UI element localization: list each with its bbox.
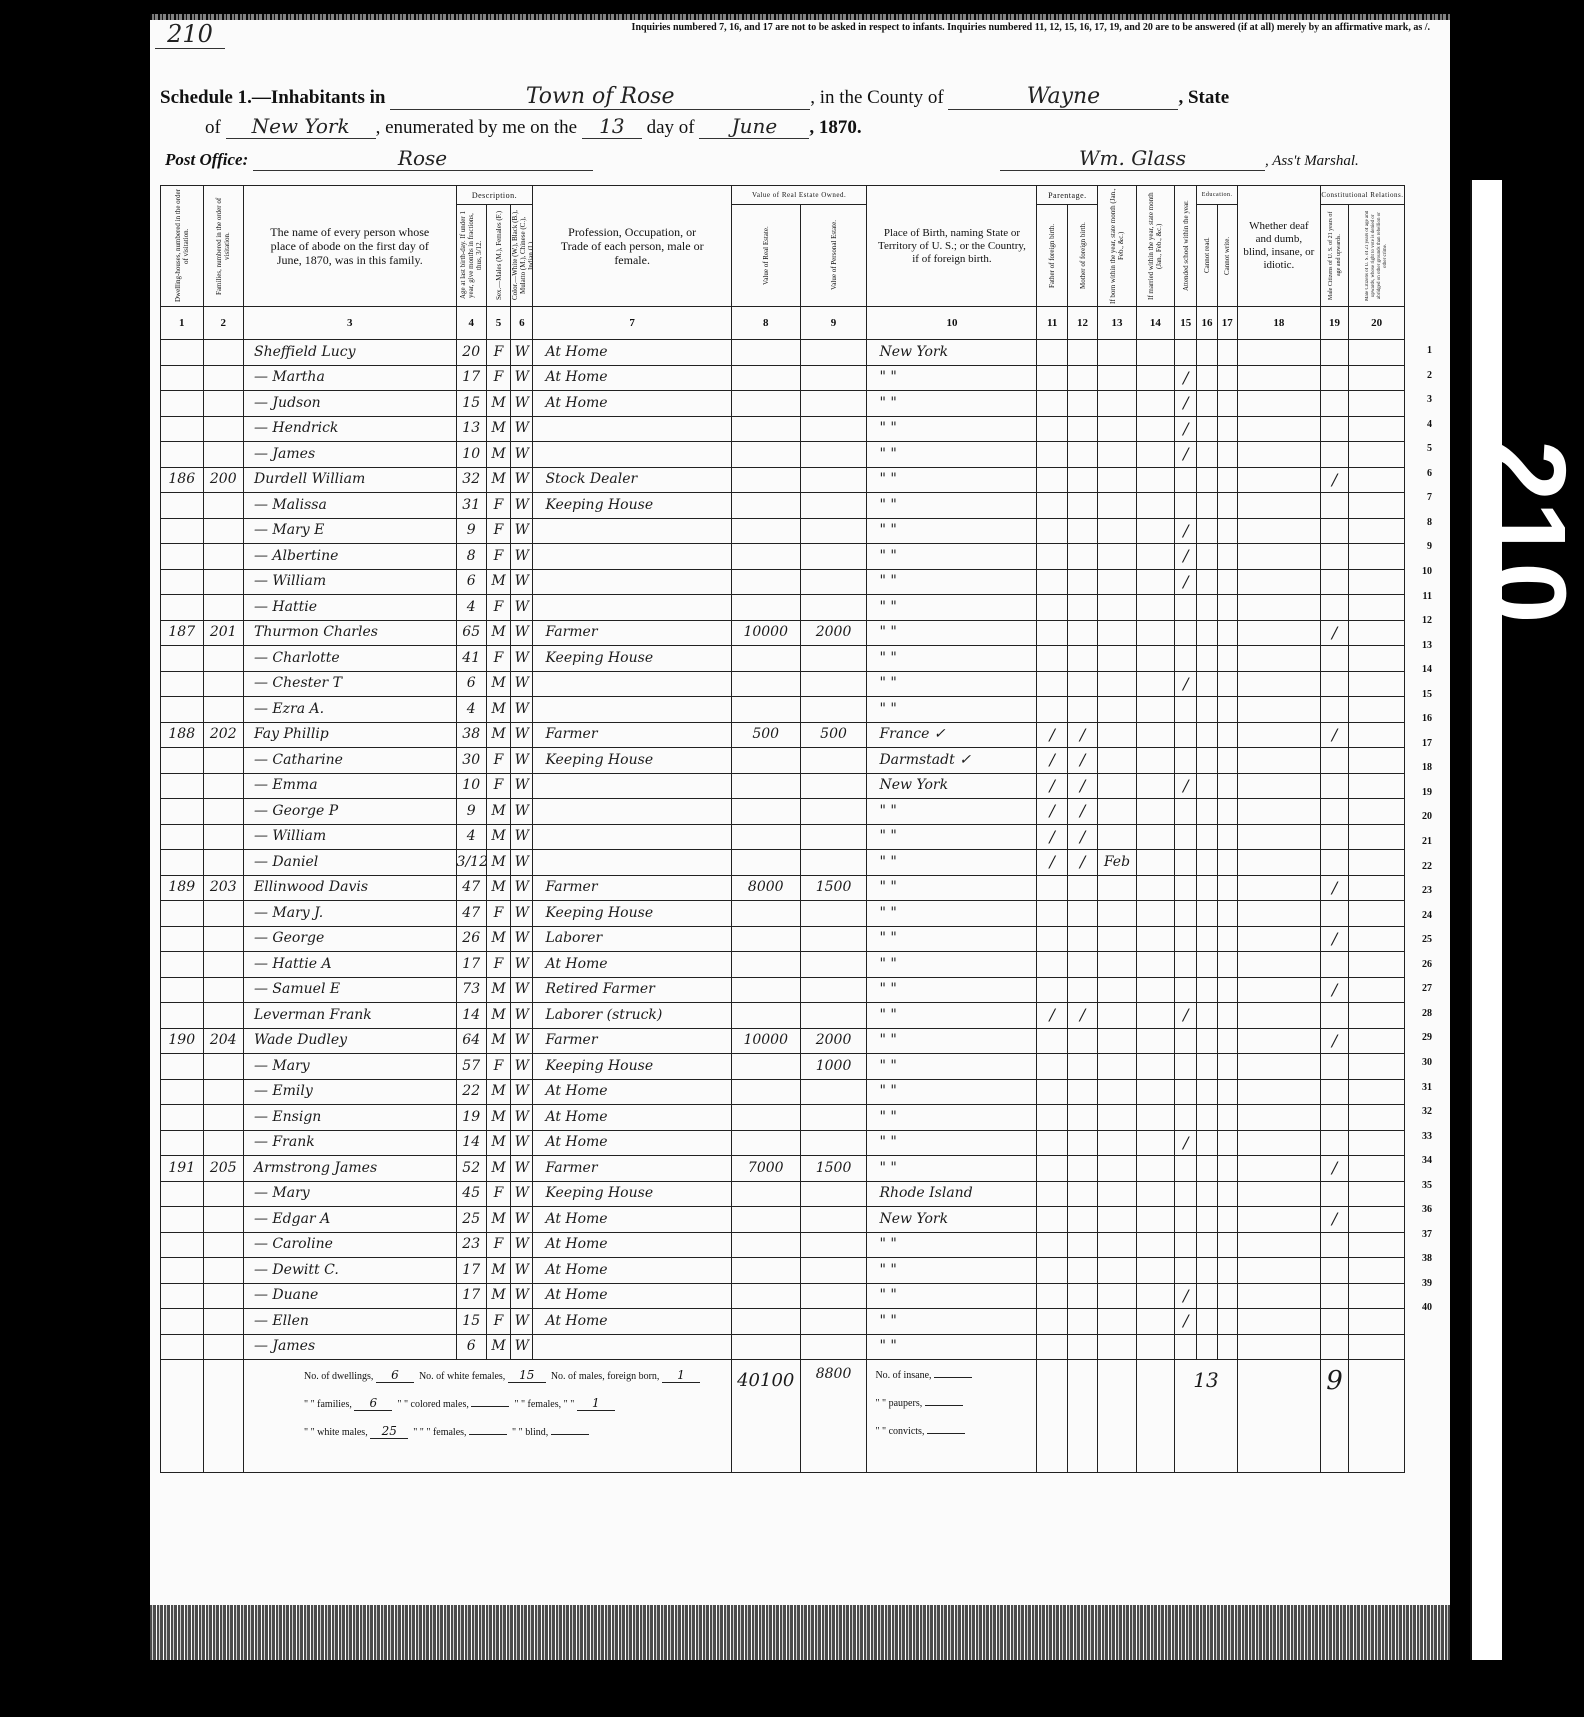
sex: M	[486, 620, 510, 646]
occupation: Farmer	[533, 1028, 731, 1054]
age: 6	[456, 671, 486, 697]
born-month	[1098, 340, 1136, 366]
col15-header: Attended school within the year.	[1175, 186, 1197, 307]
age: 9	[456, 799, 486, 825]
cannot-read	[1197, 569, 1217, 595]
cannot-write	[1217, 952, 1237, 978]
census-rows: 1Sheffield Lucy20FWAt HomeNew York2— Mar…	[161, 340, 1405, 1360]
father-foreign	[1037, 1283, 1067, 1309]
male-citizen	[1320, 901, 1348, 927]
father-foreign	[1037, 1207, 1067, 1233]
real-estate-value	[731, 773, 800, 799]
male-citizen	[1320, 1130, 1348, 1156]
table-row: 18816202Fay Phillip38MWFarmer500500Franc…	[161, 722, 1405, 748]
personal-estate-value	[800, 1232, 867, 1258]
age: 15	[456, 391, 486, 417]
vote-denied	[1349, 926, 1405, 952]
person-name: Ellinwood Davis	[243, 875, 456, 901]
married-month	[1136, 1309, 1174, 1335]
attended-school	[1175, 977, 1197, 1003]
male-citizen	[1320, 697, 1348, 723]
family-number	[203, 595, 243, 621]
cannot-read	[1197, 1232, 1217, 1258]
sex: F	[486, 365, 510, 391]
disability	[1237, 416, 1320, 442]
real-estate-value	[731, 977, 800, 1003]
column-number-12: 12	[1067, 307, 1097, 340]
occupation: At Home	[533, 1130, 731, 1156]
cannot-read	[1197, 1003, 1217, 1029]
column-number-8: 8	[731, 307, 800, 340]
male-citizen	[1320, 1181, 1348, 1207]
table-row: 30— Emily22MWAt Home" "	[161, 1079, 1405, 1105]
age: 14	[456, 1130, 486, 1156]
cannot-read	[1197, 518, 1217, 544]
family-number	[203, 1105, 243, 1131]
col6-header: Color.—White (W.), Black (B.), Mulatto (…	[511, 205, 533, 307]
personal-estate-value: 1000	[800, 1054, 867, 1080]
age: 38	[456, 722, 486, 748]
occupation	[533, 799, 731, 825]
table-row: 40— James6MW" "	[161, 1334, 1405, 1360]
table-row: 19028204Wade Dudley64MWFarmer100002000" …	[161, 1028, 1405, 1054]
place-of-birth: " "	[867, 1130, 1037, 1156]
column-number-4: 4	[456, 307, 486, 340]
mother-foreign	[1067, 391, 1097, 417]
family-number	[203, 1079, 243, 1105]
married-month	[1136, 340, 1174, 366]
father-foreign: /	[1037, 773, 1067, 799]
male-citizen	[1320, 1258, 1348, 1284]
age: 6	[456, 569, 486, 595]
father-foreign	[1037, 569, 1067, 595]
personal-estate-value	[800, 595, 867, 621]
cannot-write	[1217, 1130, 1237, 1156]
females-foreign-count: 1	[577, 1396, 615, 1411]
col4-header: Age at last birth-day. If under 1 year, …	[456, 205, 486, 307]
cannot-write	[1217, 1283, 1237, 1309]
cannot-read	[1197, 671, 1217, 697]
of-label: of	[205, 117, 221, 138]
color: W	[511, 1028, 533, 1054]
attended-school: /	[1175, 1283, 1197, 1309]
table-row: 19133205Armstrong James52MWFarmer7000150…	[161, 1156, 1405, 1182]
occupation: At Home	[533, 340, 731, 366]
mother-foreign: /	[1067, 722, 1097, 748]
col8-header: Value of Real Estate.	[731, 205, 800, 307]
occupation	[533, 569, 731, 595]
color: W	[511, 671, 533, 697]
family-number: 203	[203, 875, 243, 901]
mother-foreign	[1067, 1105, 1097, 1131]
born-month	[1098, 901, 1136, 927]
real-estate-value: 8000	[731, 875, 800, 901]
attended-school	[1175, 926, 1197, 952]
cannot-read	[1197, 595, 1217, 621]
disability	[1237, 926, 1320, 952]
personal-estate-value	[800, 365, 867, 391]
cannot-write	[1217, 671, 1237, 697]
disability	[1237, 799, 1320, 825]
age: 20	[456, 340, 486, 366]
sex: F	[486, 773, 510, 799]
sex: M	[486, 467, 510, 493]
age: 4	[456, 697, 486, 723]
vote-denied	[1349, 493, 1405, 519]
mother-foreign	[1067, 671, 1097, 697]
col14-header: If married within the year, state month …	[1136, 186, 1174, 307]
cannot-read	[1197, 1130, 1217, 1156]
personal-estate-total: 8800	[800, 1360, 867, 1473]
age: 65	[456, 620, 486, 646]
attended-school	[1175, 1028, 1197, 1054]
disability	[1237, 1309, 1320, 1335]
real-estate-value	[731, 850, 800, 876]
real-estate-value	[731, 1334, 800, 1360]
father-foreign	[1037, 1054, 1067, 1080]
attended-school	[1175, 646, 1197, 672]
color: W	[511, 697, 533, 723]
right-line-number: 7	[1410, 492, 1432, 503]
mother-foreign: /	[1067, 850, 1097, 876]
age: 31	[456, 493, 486, 519]
mother-foreign	[1067, 544, 1097, 570]
male-citizen	[1320, 799, 1348, 825]
footer-counts: No. of dwellings, 6 No. of white females…	[243, 1360, 731, 1473]
disability	[1237, 977, 1320, 1003]
cannot-write	[1217, 722, 1237, 748]
father-foreign	[1037, 416, 1067, 442]
cannot-write	[1217, 1054, 1237, 1080]
born-month	[1098, 875, 1136, 901]
cannot-write	[1217, 442, 1237, 468]
father-foreign	[1037, 671, 1067, 697]
born-month	[1098, 391, 1136, 417]
column-number-15: 15	[1175, 307, 1197, 340]
person-name: — James	[243, 1334, 456, 1360]
table-row: 26— Samuel E73MWRetired Farmer" "/	[161, 977, 1405, 1003]
male-citizen	[1320, 850, 1348, 876]
disability	[1237, 1054, 1320, 1080]
male-citizen	[1320, 1232, 1348, 1258]
age: 25	[456, 1207, 486, 1233]
color: W	[511, 340, 533, 366]
occupation: Farmer	[533, 875, 731, 901]
col3-header: The name of every person whose place of …	[243, 186, 456, 307]
place-of-birth: " "	[867, 442, 1037, 468]
family-number	[203, 1130, 243, 1156]
person-name: — Hendrick	[243, 416, 456, 442]
table-row: 19— George P9MW" "//	[161, 799, 1405, 825]
column-number-20: 20	[1349, 307, 1405, 340]
place-of-birth: " "	[867, 824, 1037, 850]
married-month	[1136, 416, 1174, 442]
right-line-number: 37	[1410, 1229, 1432, 1240]
personal-estate-value: 500	[800, 722, 867, 748]
disability	[1237, 824, 1320, 850]
cannot-write	[1217, 1181, 1237, 1207]
person-name: — Ensign	[243, 1105, 456, 1131]
personal-estate-value: 1500	[800, 1156, 867, 1182]
married-month	[1136, 1028, 1174, 1054]
mother-foreign	[1067, 467, 1097, 493]
born-month	[1098, 1207, 1136, 1233]
personal-estate-value	[800, 1258, 867, 1284]
personal-estate-value	[800, 1334, 867, 1360]
color: W	[511, 569, 533, 595]
father-foreign	[1037, 1258, 1067, 1284]
married-month	[1136, 1334, 1174, 1360]
right-line-number: 1	[1410, 345, 1432, 356]
real-estate-value	[731, 1105, 800, 1131]
right-line-number: 21	[1410, 836, 1432, 847]
age: 30	[456, 748, 486, 774]
father-foreign: /	[1037, 748, 1067, 774]
right-line-number: 29	[1410, 1032, 1432, 1043]
vote-denied	[1349, 697, 1405, 723]
age: 10	[456, 773, 486, 799]
white-males-count: 25	[370, 1424, 408, 1439]
color: W	[511, 1130, 533, 1156]
table-row: 31— Ensign19MWAt Home" "	[161, 1105, 1405, 1131]
real-estate-value	[731, 544, 800, 570]
right-line-number: 26	[1410, 959, 1432, 970]
born-month	[1098, 1181, 1136, 1207]
col19-header: Male Citizens of U. S. of 21 years of ag…	[1320, 205, 1348, 307]
male-citizen	[1320, 416, 1348, 442]
father-foreign: /	[1037, 850, 1067, 876]
male-citizen: /	[1320, 875, 1348, 901]
male-citizen	[1320, 1283, 1348, 1309]
right-line-number: 31	[1410, 1082, 1432, 1093]
right-line-number: 24	[1410, 910, 1432, 921]
cannot-write	[1217, 901, 1237, 927]
personal-estate-value	[800, 442, 867, 468]
mother-foreign	[1067, 442, 1097, 468]
personal-estate-value	[800, 1105, 867, 1131]
place-of-birth: " "	[867, 518, 1037, 544]
age: 4	[456, 824, 486, 850]
column-number-11: 11	[1037, 307, 1067, 340]
attended-school	[1175, 1079, 1197, 1105]
color: W	[511, 1156, 533, 1182]
real-estate-value	[731, 671, 800, 697]
attended-school	[1175, 901, 1197, 927]
person-name: — Albertine	[243, 544, 456, 570]
real-estate-value	[731, 569, 800, 595]
cannot-read	[1197, 977, 1217, 1003]
color: W	[511, 1105, 533, 1131]
sex: M	[486, 1079, 510, 1105]
real-estate-value	[731, 646, 800, 672]
born-month	[1098, 646, 1136, 672]
sex: M	[486, 926, 510, 952]
cannot-read	[1197, 544, 1217, 570]
person-name: — Edgar A	[243, 1207, 456, 1233]
father-foreign	[1037, 391, 1067, 417]
color: W	[511, 1334, 533, 1360]
constitutional-group-header: Constitutional Relations.	[1320, 186, 1404, 205]
dwelling-number: 35	[161, 1207, 204, 1233]
dwelling-number: 1	[161, 340, 204, 366]
occupation: Keeping House	[533, 1054, 731, 1080]
cannot-read	[1197, 1258, 1217, 1284]
married-month	[1136, 646, 1174, 672]
disability	[1237, 850, 1320, 876]
attended-school	[1175, 850, 1197, 876]
column-number-13: 13	[1098, 307, 1136, 340]
personal-estate-value	[800, 1207, 867, 1233]
cannot-write	[1217, 493, 1237, 519]
vote-denied	[1349, 442, 1405, 468]
age: 4	[456, 595, 486, 621]
person-name: — George	[243, 926, 456, 952]
born-month: Feb	[1098, 850, 1136, 876]
disability	[1237, 1181, 1320, 1207]
occupation: At Home	[533, 1207, 731, 1233]
table-row: 15— Ezra A.4MW" "	[161, 697, 1405, 723]
table-row: 35— Edgar A25MWAt HomeNew York/	[161, 1207, 1405, 1233]
vote-denied	[1349, 748, 1405, 774]
male-citizen: /	[1320, 1028, 1348, 1054]
cannot-read	[1197, 1283, 1217, 1309]
sex: F	[486, 595, 510, 621]
real-estate-value	[731, 952, 800, 978]
male-citizen	[1320, 391, 1348, 417]
colored-males-count	[471, 1406, 509, 1407]
right-line-number: 27	[1410, 983, 1432, 994]
color: W	[511, 1181, 533, 1207]
male-citizen	[1320, 646, 1348, 672]
age: 14	[456, 1003, 486, 1029]
age: 64	[456, 1028, 486, 1054]
age: 6	[456, 1334, 486, 1360]
county-label: , in the County of	[810, 87, 944, 108]
right-line-number: 3	[1410, 394, 1432, 405]
father-foreign	[1037, 1079, 1067, 1105]
father-foreign	[1037, 518, 1067, 544]
father-foreign: /	[1037, 722, 1067, 748]
state-label: , State	[1178, 87, 1229, 108]
family-number	[203, 773, 243, 799]
father-foreign	[1037, 1130, 1067, 1156]
vote-denied	[1349, 799, 1405, 825]
color: W	[511, 493, 533, 519]
right-line-number: 36	[1410, 1204, 1432, 1215]
cannot-read	[1197, 926, 1217, 952]
born-month	[1098, 1054, 1136, 1080]
mother-foreign	[1067, 1334, 1097, 1360]
occupation: Stock Dealer	[533, 467, 731, 493]
cannot-write	[1217, 518, 1237, 544]
personal-estate-value	[800, 416, 867, 442]
dwelling-number: 36	[161, 1232, 204, 1258]
male-citizen	[1320, 1105, 1348, 1131]
disability	[1237, 1105, 1320, 1131]
born-month	[1098, 748, 1136, 774]
school-total: 13	[1175, 1360, 1238, 1473]
father-foreign	[1037, 875, 1067, 901]
col13-header: If born within the year, state month (Ja…	[1098, 186, 1136, 307]
mother-foreign	[1067, 1130, 1097, 1156]
place-of-birth: " "	[867, 1156, 1037, 1182]
place-of-birth: " "	[867, 1028, 1037, 1054]
dwelling-number: 13	[161, 646, 204, 672]
right-line-number: 5	[1410, 443, 1432, 454]
personal-estate-value	[800, 518, 867, 544]
dwelling-number: 34	[161, 1181, 204, 1207]
cannot-write	[1217, 646, 1237, 672]
col11-header: Father of foreign birth.	[1037, 205, 1067, 307]
color: W	[511, 901, 533, 927]
father-foreign	[1037, 952, 1067, 978]
cannot-read	[1197, 773, 1217, 799]
cannot-write	[1217, 391, 1237, 417]
disability	[1237, 1156, 1320, 1182]
dwelling-number: 17	[161, 748, 204, 774]
age: 32	[456, 467, 486, 493]
born-month	[1098, 1156, 1136, 1182]
born-month	[1098, 1232, 1136, 1258]
cannot-write	[1217, 1156, 1237, 1182]
mother-foreign: /	[1067, 824, 1097, 850]
dwelling-number: 19	[161, 799, 204, 825]
married-month	[1136, 952, 1174, 978]
person-name: — Ezra A.	[243, 697, 456, 723]
vote-denied	[1349, 671, 1405, 697]
occupation: At Home	[533, 1258, 731, 1284]
born-month	[1098, 493, 1136, 519]
real-estate-value	[731, 493, 800, 519]
real-estate-value	[731, 467, 800, 493]
married-month	[1136, 671, 1174, 697]
born-month	[1098, 569, 1136, 595]
cannot-read	[1197, 620, 1217, 646]
family-number	[203, 493, 243, 519]
dwelling-number: 10	[161, 569, 204, 595]
table-row: 18— Emma10FWNew York///	[161, 773, 1405, 799]
color: W	[511, 620, 533, 646]
personal-estate-value	[800, 1079, 867, 1105]
father-foreign	[1037, 595, 1067, 621]
cannot-read	[1197, 1054, 1217, 1080]
column-number-14: 14	[1136, 307, 1174, 340]
right-line-number: 38	[1410, 1253, 1432, 1264]
married-month	[1136, 544, 1174, 570]
dwelling-number: 18816	[161, 722, 204, 748]
dwelling-number: 38	[161, 1283, 204, 1309]
enumeration-line: of New York, enumerated by me on the 13 …	[205, 114, 862, 139]
person-name: — Mary	[243, 1181, 456, 1207]
real-estate-value	[731, 416, 800, 442]
married-month	[1136, 595, 1174, 621]
real-estate-value	[731, 1003, 800, 1029]
dwelling-number: 31	[161, 1105, 204, 1131]
dwelling-number: 19028	[161, 1028, 204, 1054]
color: W	[511, 391, 533, 417]
disability	[1237, 875, 1320, 901]
vote-denied	[1349, 722, 1405, 748]
age: 17	[456, 1258, 486, 1284]
cannot-write	[1217, 773, 1237, 799]
education-group-header: Education.	[1197, 186, 1237, 205]
table-row: 23— Mary J.47FWKeeping House" "	[161, 901, 1405, 927]
place-of-birth: " "	[867, 493, 1037, 519]
family-number	[203, 799, 243, 825]
vote-denied	[1349, 1156, 1405, 1182]
father-foreign	[1037, 1334, 1067, 1360]
personal-estate-value	[800, 671, 867, 697]
